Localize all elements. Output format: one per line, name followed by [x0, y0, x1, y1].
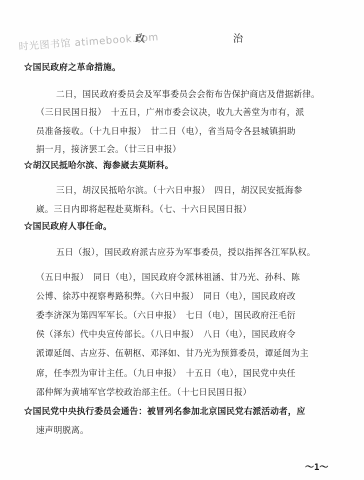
section-heading: ☆国民政府人事任命。	[24, 221, 112, 233]
body-text-line: 速声明脱离。	[36, 425, 89, 437]
body-text-line: 公博、徐苏中视察粤路积弊。（六日申报） 同日（电），国民政府改	[36, 291, 296, 303]
page-header: 政 治	[0, 30, 364, 44]
body-text-line: （五日申报） 同日（电），国民政府令派林祖涵、甘乃光、孙科、陈	[36, 272, 300, 284]
document-page: 时光图书馆 atimebook.com 政 治 ☆国民政府之革命措施。二日，国民…	[0, 0, 364, 480]
body-text-line: 委李济深为第四军军长。（六日申报） 七日（电），国民政府汪毛衍	[36, 310, 296, 322]
body-text-line: 邵仲辉为黄埔军官学校政治部主任。（十七日民国日报）	[36, 387, 252, 399]
body-text-line: 侯（泽东）代中央宣传部长。（八日申报） 八日（电），国民政府令	[36, 329, 296, 341]
body-text-line: 捐一月，接济罢工会。（廿三日申报）	[36, 144, 181, 156]
body-text-line: 崴。三日内即将起程赴莫斯科。（七、十六日民国日报）	[36, 204, 252, 216]
body-text-line: 二日，国民政府委员会及军事委员会会衔布告保护商店及借据新律。	[56, 89, 320, 101]
section-heading: ☆国民党中央执行委员会通告：被冒列名参加北京国民党右派活动者，应	[24, 406, 305, 418]
body-text-line: 员准备接收。（十九日申报） 廿二日（电），省当局令各县城镇捐助	[36, 126, 296, 138]
page-number: ～1～	[305, 460, 328, 473]
header-right-char: 治	[233, 30, 243, 45]
header-left-char: 政	[135, 30, 145, 45]
section-heading: ☆胡汉民抵哈尔滨、海参崴去莫斯科。	[24, 160, 174, 172]
body-text-line: （三日民国日报） 十五日，广州市委会议决，收九大善堂为市有，派	[36, 107, 304, 119]
body-text-line: 五日（报），国民政府派古应芬为军事委员，授以指挥各江军队权。	[56, 247, 316, 259]
body-text-line: 三日，胡汉民抵哈尔滨。（十六日申报） 四日，胡汉民安抵海参	[56, 185, 302, 197]
body-text-line: 席，任李烈为审计主任。（九日申报） 十五日（电），国民党中央任	[36, 368, 296, 380]
section-heading: ☆国民政府之革命措施。	[24, 62, 121, 74]
body-text-line: 派谭延闿、古应芬、伍朝枢、邓泽如、甘乃光为预算委员，谭延闿为主	[36, 348, 309, 360]
